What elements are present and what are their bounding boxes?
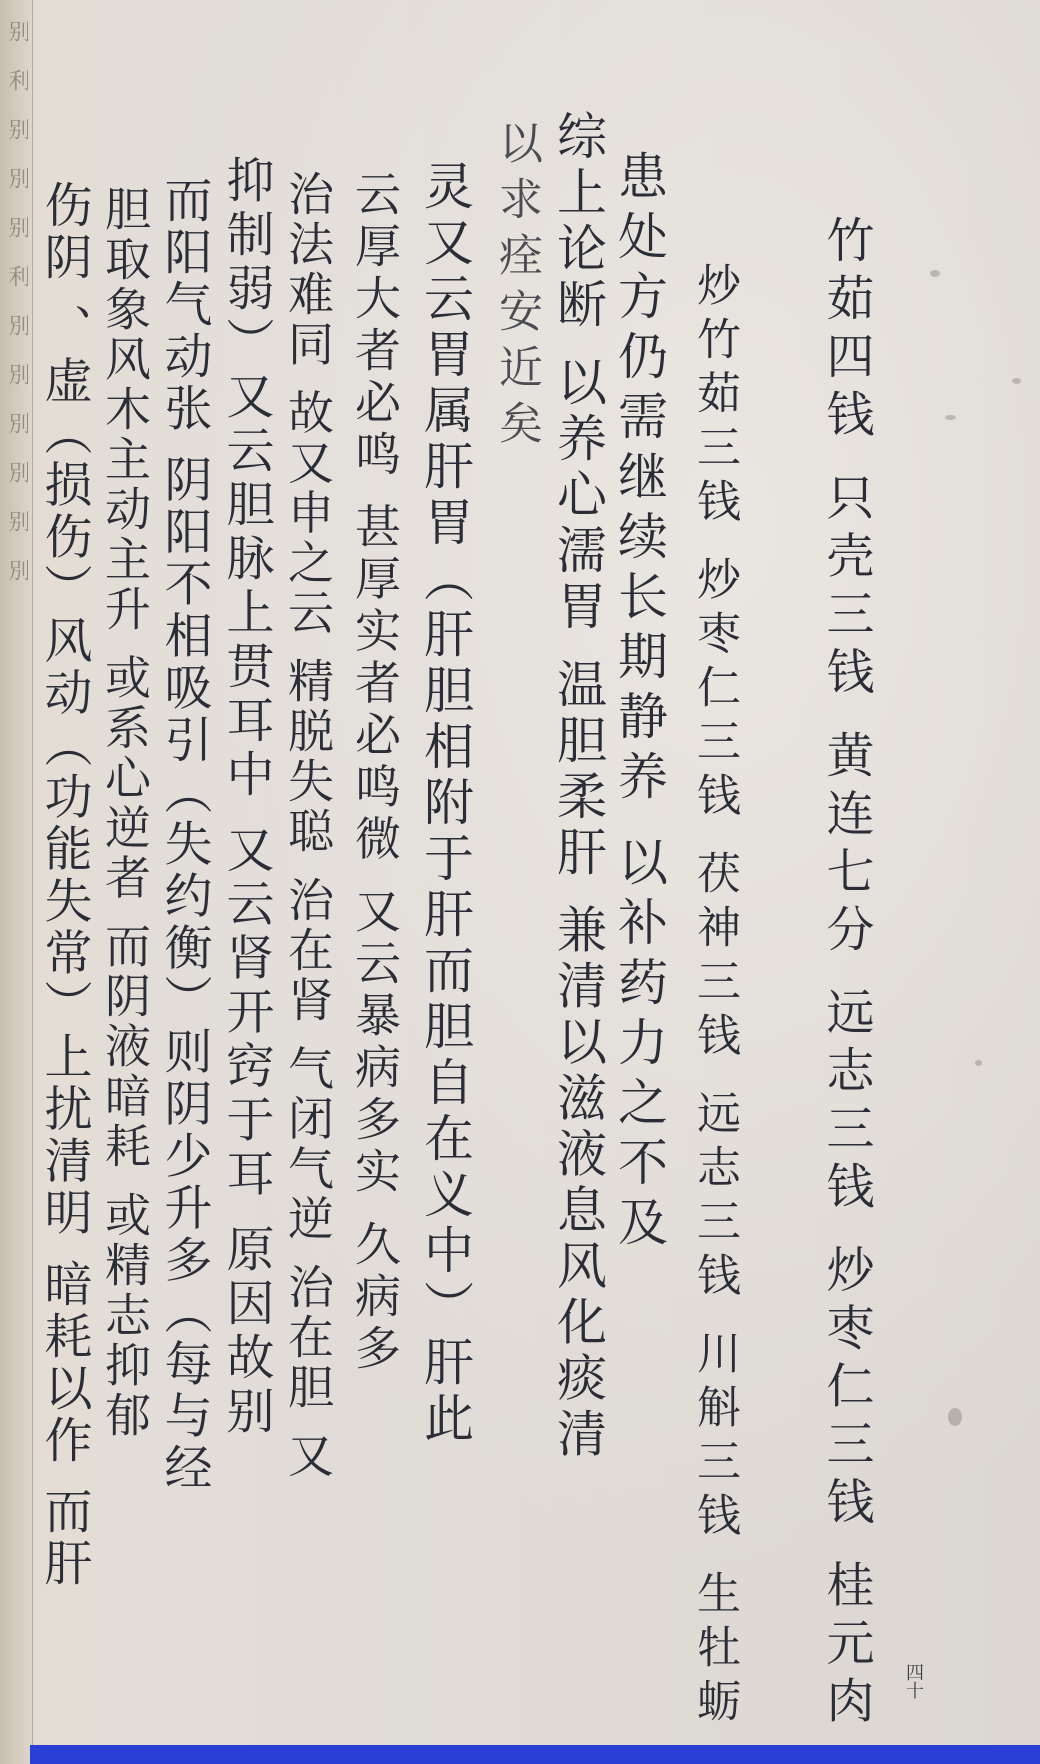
text-column-11: 胆取象风木主动主升 或系心逆者 而阴液暗耗 或精志抑郁 <box>102 185 148 1441</box>
book-binding-gutter: 别 利 别 別 别 利 別 別 別 別 别 別 <box>0 0 33 1764</box>
text-column-8: 治法难同 故又申之云 精脱失聪 治在肾 气闭气逆 治在胆 又 <box>285 170 331 1482</box>
text-column-6: 灵又云胃属肝胃（肝胆相附于肝而胆自在义中）肝此 <box>420 160 470 1448</box>
text-column-12: 伤阴 、虚（损伤）风动（功能失常）上扰清明 暗耗以作 而肝 <box>40 180 88 1590</box>
paper-speck <box>1012 378 1021 384</box>
paper-speck <box>975 1060 982 1066</box>
text-column-5: 以求痊安近矣 <box>494 120 538 456</box>
paper-speck <box>945 415 956 420</box>
text-column-4: 综上论断 以养心濡胃 温胆柔肝 兼清以滋液息风化痰清 <box>553 110 603 1464</box>
text-column-3: 患处方仍需继续长期静养 以补药力之不及 <box>614 150 664 1256</box>
text-column-7: 云厚大者必鸣 甚厚实者必鸣微 又云暴病多实 久病多 <box>352 170 398 1376</box>
page-number-mark: 四十 <box>900 1663 926 1699</box>
text-column-2: 炒竹茹三钱 炒枣仁三钱 茯神三钱 远志三钱 川斛三钱 生牡蛎 <box>692 262 736 1732</box>
text-column-9: 抑制弱）又云胆脉上贯耳中 又云肾开窍于耳 原因故别 <box>222 155 270 1440</box>
bleed-through-text: 别 利 别 別 别 利 別 別 別 別 别 別 <box>4 20 28 1720</box>
paper-stain <box>948 1408 962 1426</box>
paper-speck <box>930 270 940 277</box>
blue-background-edge <box>30 1745 1040 1764</box>
text-column-10: 而阳气动张 阴阳不相吸引（失约衡）则阴少升多（每与经 <box>160 175 208 1494</box>
text-column-1: 竹茹四钱 只壳三钱 黄连七分 远志三钱 炒枣仁三钱 桂元肉 <box>822 215 870 1733</box>
manuscript-page: 别 利 别 別 别 利 別 別 別 別 别 別 竹茹四钱 只壳三钱 黄连七分 远… <box>0 0 1040 1764</box>
